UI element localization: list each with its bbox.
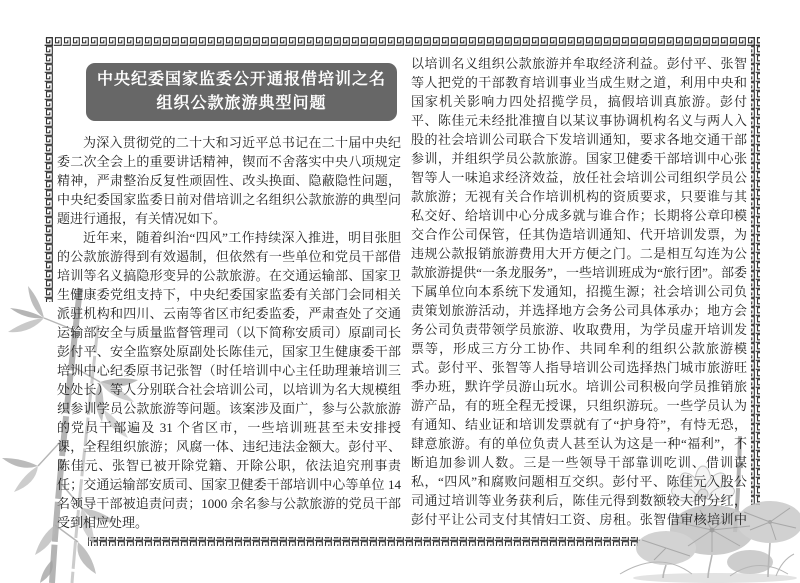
paragraph-case-summary: 近年来，随着纠治“四风”工作持续深入推进，明目张胆的公款旅游得到有效遏制，但依然… bbox=[57, 228, 401, 531]
left-text-column: 为深入贯彻党的二十大和习近平总书记在二十届中央纪委二次全会上的重要讲话精神，锲而… bbox=[57, 133, 401, 531]
title-line-1: 中央纪委国家监委公开通报借培训之名 bbox=[97, 68, 386, 92]
document-page: 中央纪委国家监委公开通报借培训之名 组织公款旅游典型问题 为深入贯彻党的二十大和… bbox=[0, 0, 800, 583]
title-line-2: 组织公款旅游典型问题 bbox=[156, 92, 326, 116]
title-box: 中央纪委国家监委公开通报借培训之名 组织公款旅游典型问题 bbox=[86, 63, 397, 121]
paragraph-intro: 为深入贯彻党的二十大和习近平总书记在二十届中央纪委二次全会上的重要讲话精神，锲而… bbox=[57, 133, 401, 228]
paragraph-continuation: 以培训名义组织公款旅游并牟取经济利益。彭付平、张智等人把党的干部教育培训事业当成… bbox=[411, 54, 747, 531]
right-text-column: 以培训名义组织公款旅游并牟取经济利益。彭付平、张智等人把党的干部教育培训事业当成… bbox=[411, 54, 747, 531]
